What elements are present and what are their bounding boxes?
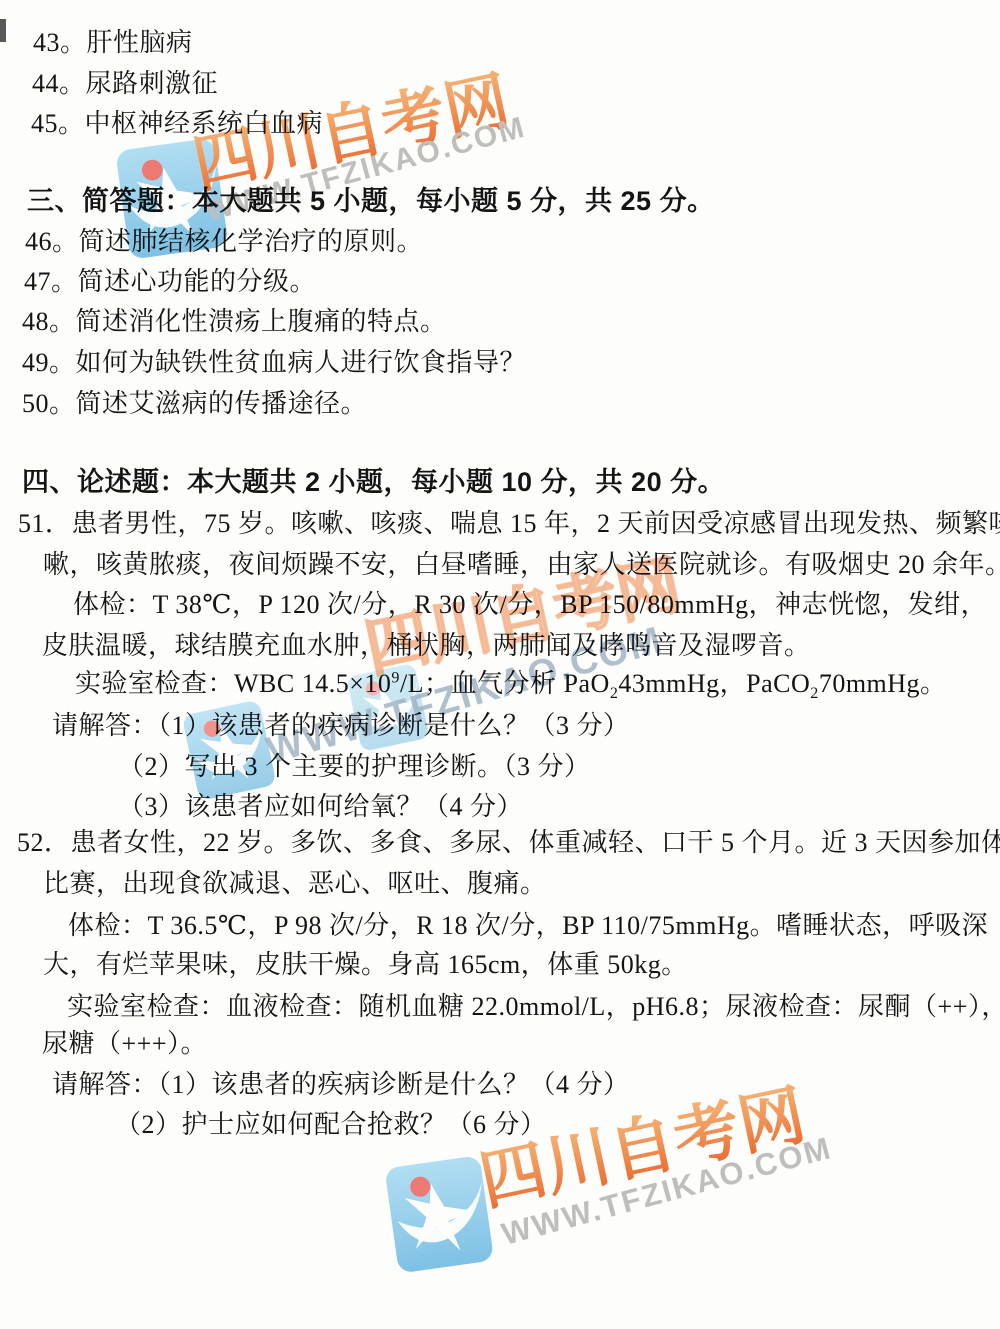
scanned-exam-page: 43。肝性脑病 44。尿路刺激征 45。中枢神经系统白血病 三、简答题：本大题共… [0,0,1000,1329]
lab-mid: /L；血气分析 PaO [400,669,610,698]
section4-heading: 四、论述题：本大题共 2 小题，每小题 10 分，共 20 分。 [22,467,725,498]
section3-heading: 三、简答题：本大题共 5 小题，每小题 5 分，共 25 分。 [27,186,715,217]
short-answer-46: 46。简述肺结核化学治疗的原则。 [25,227,423,257]
term-item-44: 44。尿路刺激征 [32,69,218,99]
short-answer-47: 47。简述心功能的分级。 [24,267,316,297]
case52-exam-line: 体检：T 36.5℃，P 98 次/分，R 18 次/分，BP 110/75mm… [68,911,988,941]
term-item-45: 45。中枢神经系统白血病 [31,109,323,139]
case52-line1: 52．患者女性，22 岁。多饮、多食、多尿、体重减轻、口干 5 个月。近 3 天… [17,828,1000,858]
term-item-43: 43。肝性脑病 [33,28,193,58]
exam-content: 43。肝性脑病 44。尿路刺激征 45。中枢神经系统白血病 三、简答题：本大题共… [0,0,1000,1329]
case51-question2: （2）写出 3 个主要的护理诊断。（3 分） [118,752,591,782]
case52-line2: 比赛，出现食欲减退、恶心、呕吐、腹痛。 [43,869,547,899]
short-answer-49: 49。如何为缺铁性贫血病人进行饮食指导？ [22,348,526,378]
case51-line2: 嗽，咳黄脓痰，夜间烦躁不安，白昼嗜睡，由家人送医院就诊。有吸烟史 20 余年。 [43,550,1000,580]
case52-question1: 请解答：（1）该患者的疾病诊断是什么？（4 分） [52,1070,630,1100]
case51-exam-line: 体检：T 38℃，P 120 次/分，R 30 次/分，BP 150/80mmH… [73,590,987,620]
lab-mid2: 43mmHg，PaCO [618,669,810,698]
lab-superscript: 9 [391,669,400,686]
case51-question1: 请解答：（1）该患者的疾病诊断是什么？（3 分） [52,711,630,741]
lab-subscript-2: 2 [810,685,819,702]
case51-question3: （3）该患者应如何给氧？（4 分） [118,792,523,822]
case52-exam-line2: 大，有烂苹果味，皮肤干燥。身高 165cm，体重 50kg。 [43,950,688,980]
lab-prefix: 实验室检查：WBC 14.5×10 [75,669,391,698]
case52-lab-line: 实验室检查：血液检查：随机血糖 22.0mmol/L，pH6.8；尿液检查：尿酮… [67,992,1000,1022]
case52-question2: （2）护士应如何配合抢救？（6 分） [115,1110,547,1140]
case52-lab-line2: 尿糖（+++）。 [42,1029,207,1059]
case51-line1: 51．患者男性，75 岁。咳嗽、咳痰、喘息 15 年，2 天前因受凉感冒出现发热… [18,509,1000,539]
lab-end: 70mmHg。 [819,669,947,698]
case51-lab-line: 实验室检查：WBC 14.5×109/L；血气分析 PaO243mmHg，PaC… [75,669,947,704]
case51-exam-line2: 皮肤温暖，球结膜充血水肿，桶状胸，两肺闻及哮鸣音及湿啰音。 [42,631,811,661]
short-answer-50: 50。简述艾滋病的传播途径。 [22,389,367,419]
short-answer-48: 48。简述消化性溃疡上腹痛的特点。 [22,307,447,337]
